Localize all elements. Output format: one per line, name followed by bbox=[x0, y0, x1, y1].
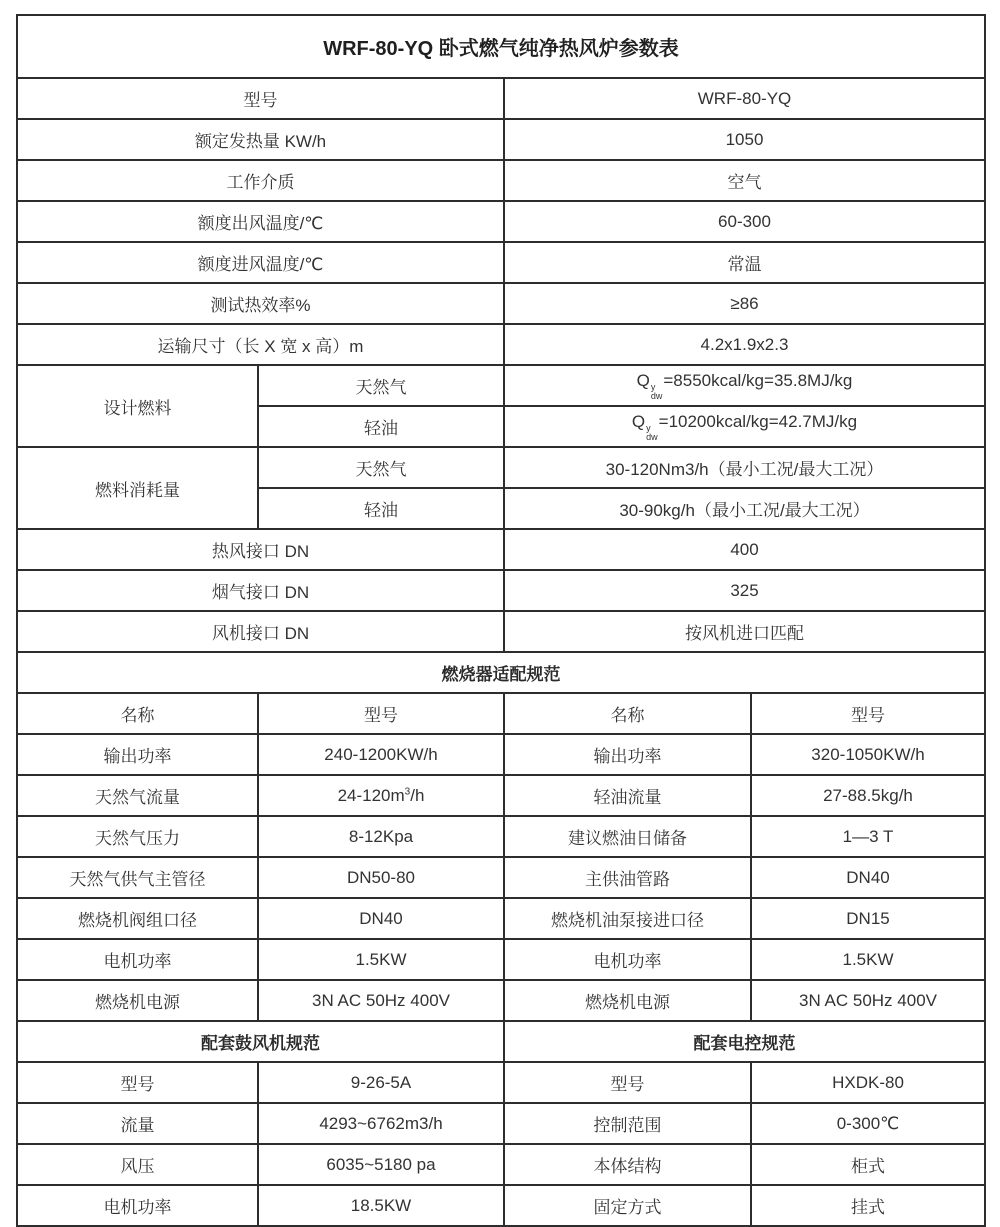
table-row: 天然气流量 24-120m3/h 轻油流量 27-88.5kg/h bbox=[17, 775, 985, 816]
spec-label: 燃烧机电源 bbox=[504, 980, 751, 1021]
fuel-type: 天然气 bbox=[258, 365, 504, 406]
table-row: 工作介质 空气 bbox=[17, 160, 985, 201]
spec-value: 1.5KW bbox=[751, 939, 985, 980]
spec-value: DN40 bbox=[751, 857, 985, 898]
table-row: 输出功率 240-1200KW/h 输出功率 320-1050KW/h bbox=[17, 734, 985, 775]
spec-value: 常温 bbox=[504, 242, 985, 283]
spec-value: 挂式 bbox=[751, 1185, 985, 1226]
table-row: 运输尺寸（长 X 宽 x 高）m 4.2x1.9x2.3 bbox=[17, 324, 985, 365]
spec-label: 运输尺寸（长 X 宽 x 高）m bbox=[17, 324, 504, 365]
table-row: 燃烧机阀组口径 DN40 燃烧机油泵接进口径 DN15 bbox=[17, 898, 985, 939]
spec-label: 控制范围 bbox=[504, 1103, 751, 1144]
spec-value: 24-120m3/h bbox=[258, 775, 504, 816]
col-header: 名称 bbox=[17, 693, 258, 734]
spec-value: DN50-80 bbox=[258, 857, 504, 898]
table-row: 燃烧机电源 3N AC 50Hz 400V 燃烧机电源 3N AC 50Hz 4… bbox=[17, 980, 985, 1021]
blower-section-header: 配套鼓风机规范 bbox=[17, 1021, 504, 1062]
spec-label: 型号 bbox=[504, 1062, 751, 1103]
spec-label: 额度进风温度/℃ bbox=[17, 242, 504, 283]
spec-value: 1.5KW bbox=[258, 939, 504, 980]
heat-value: Qydw=10200kcal/kg=42.7MJ/kg bbox=[504, 406, 985, 447]
section-header-row: 燃烧器适配规范 bbox=[17, 652, 985, 693]
burner-section-header: 燃烧器适配规范 bbox=[17, 652, 985, 693]
fuel-type: 天然气 bbox=[258, 447, 504, 488]
table-row: 天然气压力 8-12Kpa 建议燃油日储备 1—3 T bbox=[17, 816, 985, 857]
spec-label: 燃烧机电源 bbox=[17, 980, 258, 1021]
spec-value: 按风机进口匹配 bbox=[504, 611, 985, 652]
spec-label: 输出功率 bbox=[504, 734, 751, 775]
spec-label: 燃烧机油泵接进口径 bbox=[504, 898, 751, 939]
spec-label: 天然气流量 bbox=[17, 775, 258, 816]
spec-value: 3N AC 50Hz 400V bbox=[258, 980, 504, 1021]
spec-label: 工作介质 bbox=[17, 160, 504, 201]
heat-value: Qydw=8550kcal/kg=35.8MJ/kg bbox=[504, 365, 985, 406]
spec-label: 固定方式 bbox=[504, 1185, 751, 1226]
table-title-row: WRF-80-YQ 卧式燃气纯净热风炉参数表 bbox=[17, 15, 985, 78]
spec-label: 测试热效率% bbox=[17, 283, 504, 324]
spec-label: 建议燃油日储备 bbox=[504, 816, 751, 857]
table-row: 风压 6035~5180 pa 本体结构 柜式 bbox=[17, 1144, 985, 1185]
spec-value: 0-300℃ bbox=[751, 1103, 985, 1144]
design-fuel-label: 设计燃料 bbox=[17, 365, 258, 447]
spec-label: 风压 bbox=[17, 1144, 258, 1185]
col-header: 型号 bbox=[258, 693, 504, 734]
spec-value: DN40 bbox=[258, 898, 504, 939]
spec-value: 4293~6762m3/h bbox=[258, 1103, 504, 1144]
spec-value: 27-88.5kg/h bbox=[751, 775, 985, 816]
spec-label: 电机功率 bbox=[504, 939, 751, 980]
consumption-value: 30-90kg/h（最小工况/最大工况） bbox=[504, 488, 985, 529]
spec-value: 325 bbox=[504, 570, 985, 611]
spec-label: 轻油流量 bbox=[504, 775, 751, 816]
spec-label: 额度出风温度/℃ bbox=[17, 201, 504, 242]
spec-label: 额定发热量 KW/h bbox=[17, 119, 504, 160]
col-header: 名称 bbox=[504, 693, 751, 734]
table-row: 风机接口 DN 按风机进口匹配 bbox=[17, 611, 985, 652]
spec-value: 320-1050KW/h bbox=[751, 734, 985, 775]
consumption-value: 30-120Nm3/h（最小工况/最大工况） bbox=[504, 447, 985, 488]
table-row: 额度进风温度/℃ 常温 bbox=[17, 242, 985, 283]
section-header-row: 配套鼓风机规范 配套电控规范 bbox=[17, 1021, 985, 1062]
table-row: 电机功率 18.5KW 固定方式 挂式 bbox=[17, 1185, 985, 1226]
spec-value: DN15 bbox=[751, 898, 985, 939]
column-header-row: 名称 型号 名称 型号 bbox=[17, 693, 985, 734]
table-row: 热风接口 DN 400 bbox=[17, 529, 985, 570]
table-row: 流量 4293~6762m3/h 控制范围 0-300℃ bbox=[17, 1103, 985, 1144]
spec-value: 6035~5180 pa bbox=[258, 1144, 504, 1185]
spec-value: 空气 bbox=[504, 160, 985, 201]
spec-label: 烟气接口 DN bbox=[17, 570, 504, 611]
spec-value: 60-300 bbox=[504, 201, 985, 242]
spec-value: 1—3 T bbox=[751, 816, 985, 857]
spec-label: 流量 bbox=[17, 1103, 258, 1144]
spec-value: 柜式 bbox=[751, 1144, 985, 1185]
table-row: 测试热效率% ≥86 bbox=[17, 283, 985, 324]
fuel-type: 轻油 bbox=[258, 406, 504, 447]
table-row: 型号 WRF-80-YQ bbox=[17, 78, 985, 119]
spec-label: 电机功率 bbox=[17, 1185, 258, 1226]
spec-value: ≥86 bbox=[504, 283, 985, 324]
sup-sub-notation: ydw bbox=[645, 424, 659, 442]
spec-label: 天然气压力 bbox=[17, 816, 258, 857]
spec-value: 1050 bbox=[504, 119, 985, 160]
page-title: WRF-80-YQ 卧式燃气纯净热风炉参数表 bbox=[17, 15, 985, 78]
spec-value: WRF-80-YQ bbox=[504, 78, 985, 119]
spec-value: 4.2x1.9x2.3 bbox=[504, 324, 985, 365]
table-row: 额定发热量 KW/h 1050 bbox=[17, 119, 985, 160]
sup-sub-notation: ydw bbox=[650, 383, 664, 401]
fuel-consumption-label: 燃料消耗量 bbox=[17, 447, 258, 529]
spec-label: 输出功率 bbox=[17, 734, 258, 775]
fuel-type: 轻油 bbox=[258, 488, 504, 529]
spec-label: 本体结构 bbox=[504, 1144, 751, 1185]
spec-value: 240-1200KW/h bbox=[258, 734, 504, 775]
spec-value: 400 bbox=[504, 529, 985, 570]
table-row: 设计燃料 天然气 Qydw=8550kcal/kg=35.8MJ/kg bbox=[17, 365, 985, 406]
table-row: 天然气供气主管径 DN50-80 主供油管路 DN40 bbox=[17, 857, 985, 898]
table-row: 烟气接口 DN 325 bbox=[17, 570, 985, 611]
col-header: 型号 bbox=[751, 693, 985, 734]
spec-value: 8-12Kpa bbox=[258, 816, 504, 857]
table-row: 电机功率 1.5KW 电机功率 1.5KW bbox=[17, 939, 985, 980]
parameter-table: WRF-80-YQ 卧式燃气纯净热风炉参数表 型号 WRF-80-YQ 额定发热… bbox=[16, 14, 986, 1227]
table-row: 燃料消耗量 天然气 30-120Nm3/h（最小工况/最大工况） bbox=[17, 447, 985, 488]
spec-value: HXDK-80 bbox=[751, 1062, 985, 1103]
spec-value: 9-26-5A bbox=[258, 1062, 504, 1103]
spec-label: 电机功率 bbox=[17, 939, 258, 980]
control-section-header: 配套电控规范 bbox=[504, 1021, 985, 1062]
spec-label: 热风接口 DN bbox=[17, 529, 504, 570]
spec-label: 主供油管路 bbox=[504, 857, 751, 898]
table-row: 型号 9-26-5A 型号 HXDK-80 bbox=[17, 1062, 985, 1103]
spec-label: 燃烧机阀组口径 bbox=[17, 898, 258, 939]
spec-label: 风机接口 DN bbox=[17, 611, 504, 652]
table-row: 额度出风温度/℃ 60-300 bbox=[17, 201, 985, 242]
spec-label: 型号 bbox=[17, 78, 504, 119]
spec-value: 3N AC 50Hz 400V bbox=[751, 980, 985, 1021]
spec-value: 18.5KW bbox=[258, 1185, 504, 1226]
spec-label: 天然气供气主管径 bbox=[17, 857, 258, 898]
spec-label: 型号 bbox=[17, 1062, 258, 1103]
